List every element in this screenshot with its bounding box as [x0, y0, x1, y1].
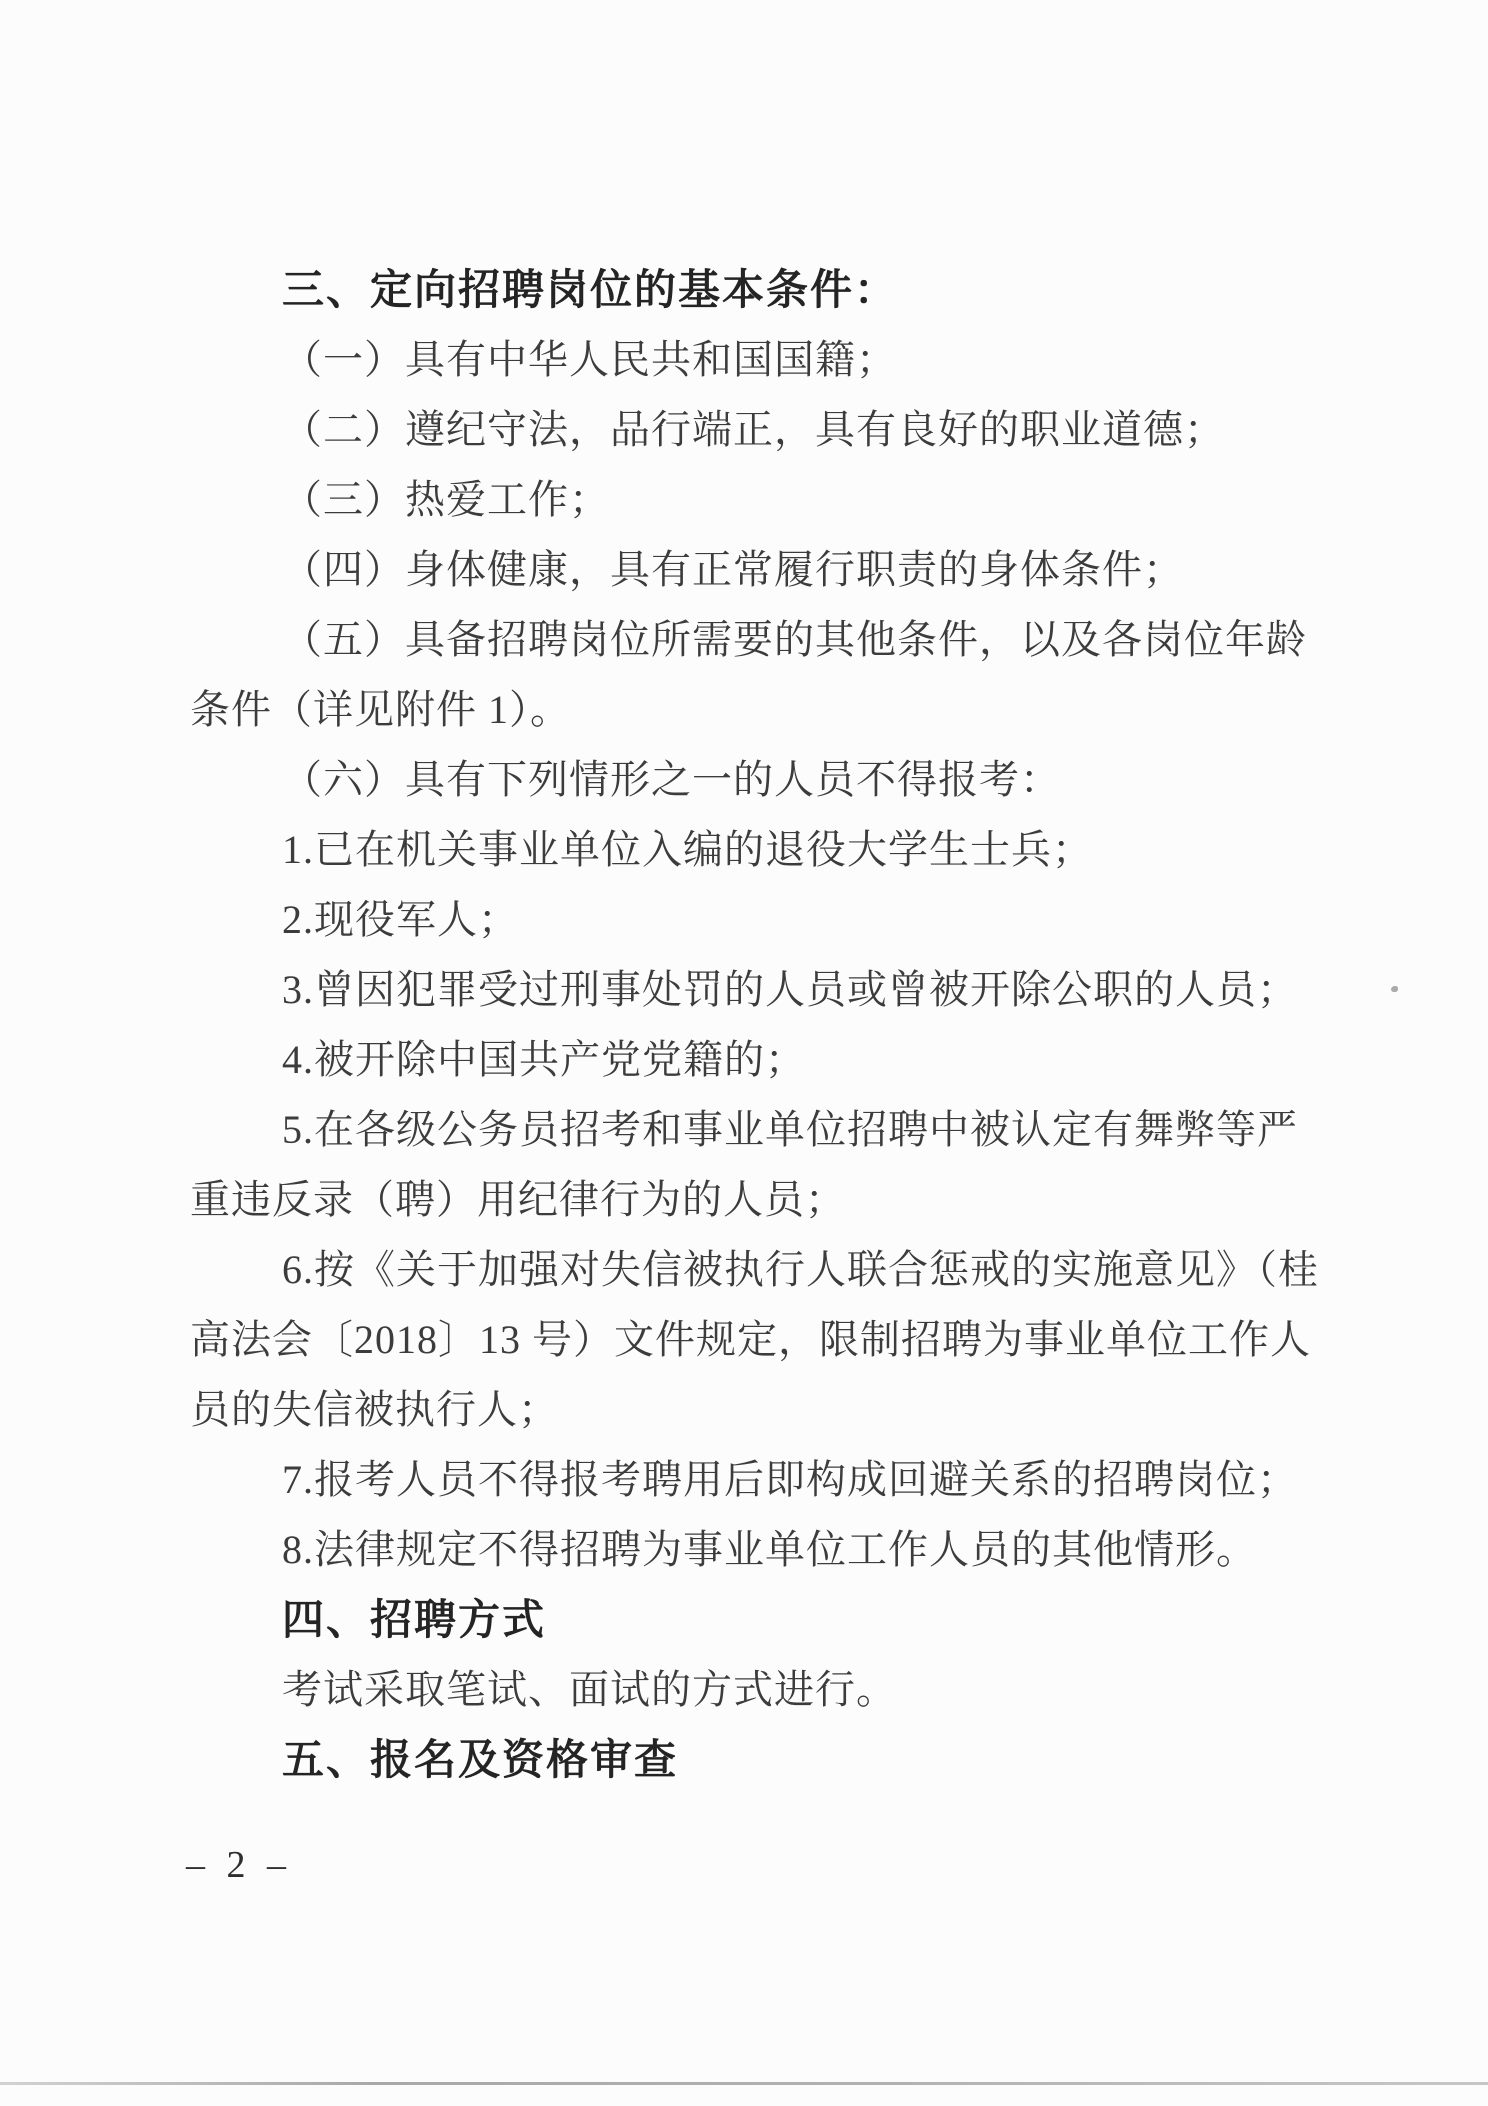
text-line: 考试采取笔试、面试的方式进行。 [190, 1655, 1330, 1725]
section-heading: 四、招聘方式 [190, 1585, 1330, 1655]
text-line: （四）身体健康，具有正常履行职责的身体条件； [190, 535, 1330, 605]
section-heading: 三、定向招聘岗位的基本条件： [190, 255, 1330, 325]
document-text-block: 三、定向招聘岗位的基本条件：（一）具有中华人民共和国国籍；（二）遵纪守法，品行端… [190, 255, 1330, 1795]
text-line: （六）具有下列情形之一的人员不得报考： [190, 745, 1330, 815]
text-line: 4.被开除中国共产党党籍的； [190, 1025, 1330, 1095]
text-line: （五）具备招聘岗位所需要的其他条件，以及各岗位年龄 [190, 605, 1330, 675]
text-line: 重违反录（聘）用纪律行为的人员； [190, 1165, 1330, 1235]
text-line: 条件（详见附件 1）。 [190, 675, 1330, 745]
text-line: 员的失信被执行人； [190, 1375, 1330, 1445]
text-line: 高法会〔2018〕13 号）文件规定，限制招聘为事业单位工作人 [190, 1305, 1330, 1375]
scanned-document-page: 三、定向招聘岗位的基本条件：（一）具有中华人民共和国国籍；（二）遵纪守法，品行端… [0, 0, 1488, 2106]
text-line: 8.法律规定不得招聘为事业单位工作人员的其他情形。 [190, 1515, 1330, 1585]
text-line: 1.已在机关事业单位入编的退役大学生士兵； [190, 815, 1330, 885]
scan-edge-line [0, 2082, 1488, 2085]
text-line: （一）具有中华人民共和国国籍； [190, 325, 1330, 395]
section-heading: 五、报名及资格审查 [190, 1725, 1330, 1795]
text-line: 2.现役军人； [190, 885, 1330, 955]
page-number: – 2 – [186, 1840, 292, 1890]
scan-artifact-dot [1391, 986, 1398, 992]
text-line: 6.按《关于加强对失信被执行人联合惩戒的实施意见》（桂 [190, 1235, 1330, 1305]
text-line: 3.曾因犯罪受过刑事处罚的人员或曾被开除公职的人员； [190, 955, 1330, 1025]
text-line: 7.报考人员不得报考聘用后即构成回避关系的招聘岗位； [190, 1445, 1330, 1515]
text-line: （三）热爱工作； [190, 465, 1330, 535]
text-line: 5.在各级公务员招考和事业单位招聘中被认定有舞弊等严 [190, 1095, 1330, 1165]
text-line: （二）遵纪守法，品行端正，具有良好的职业道德； [190, 395, 1330, 465]
